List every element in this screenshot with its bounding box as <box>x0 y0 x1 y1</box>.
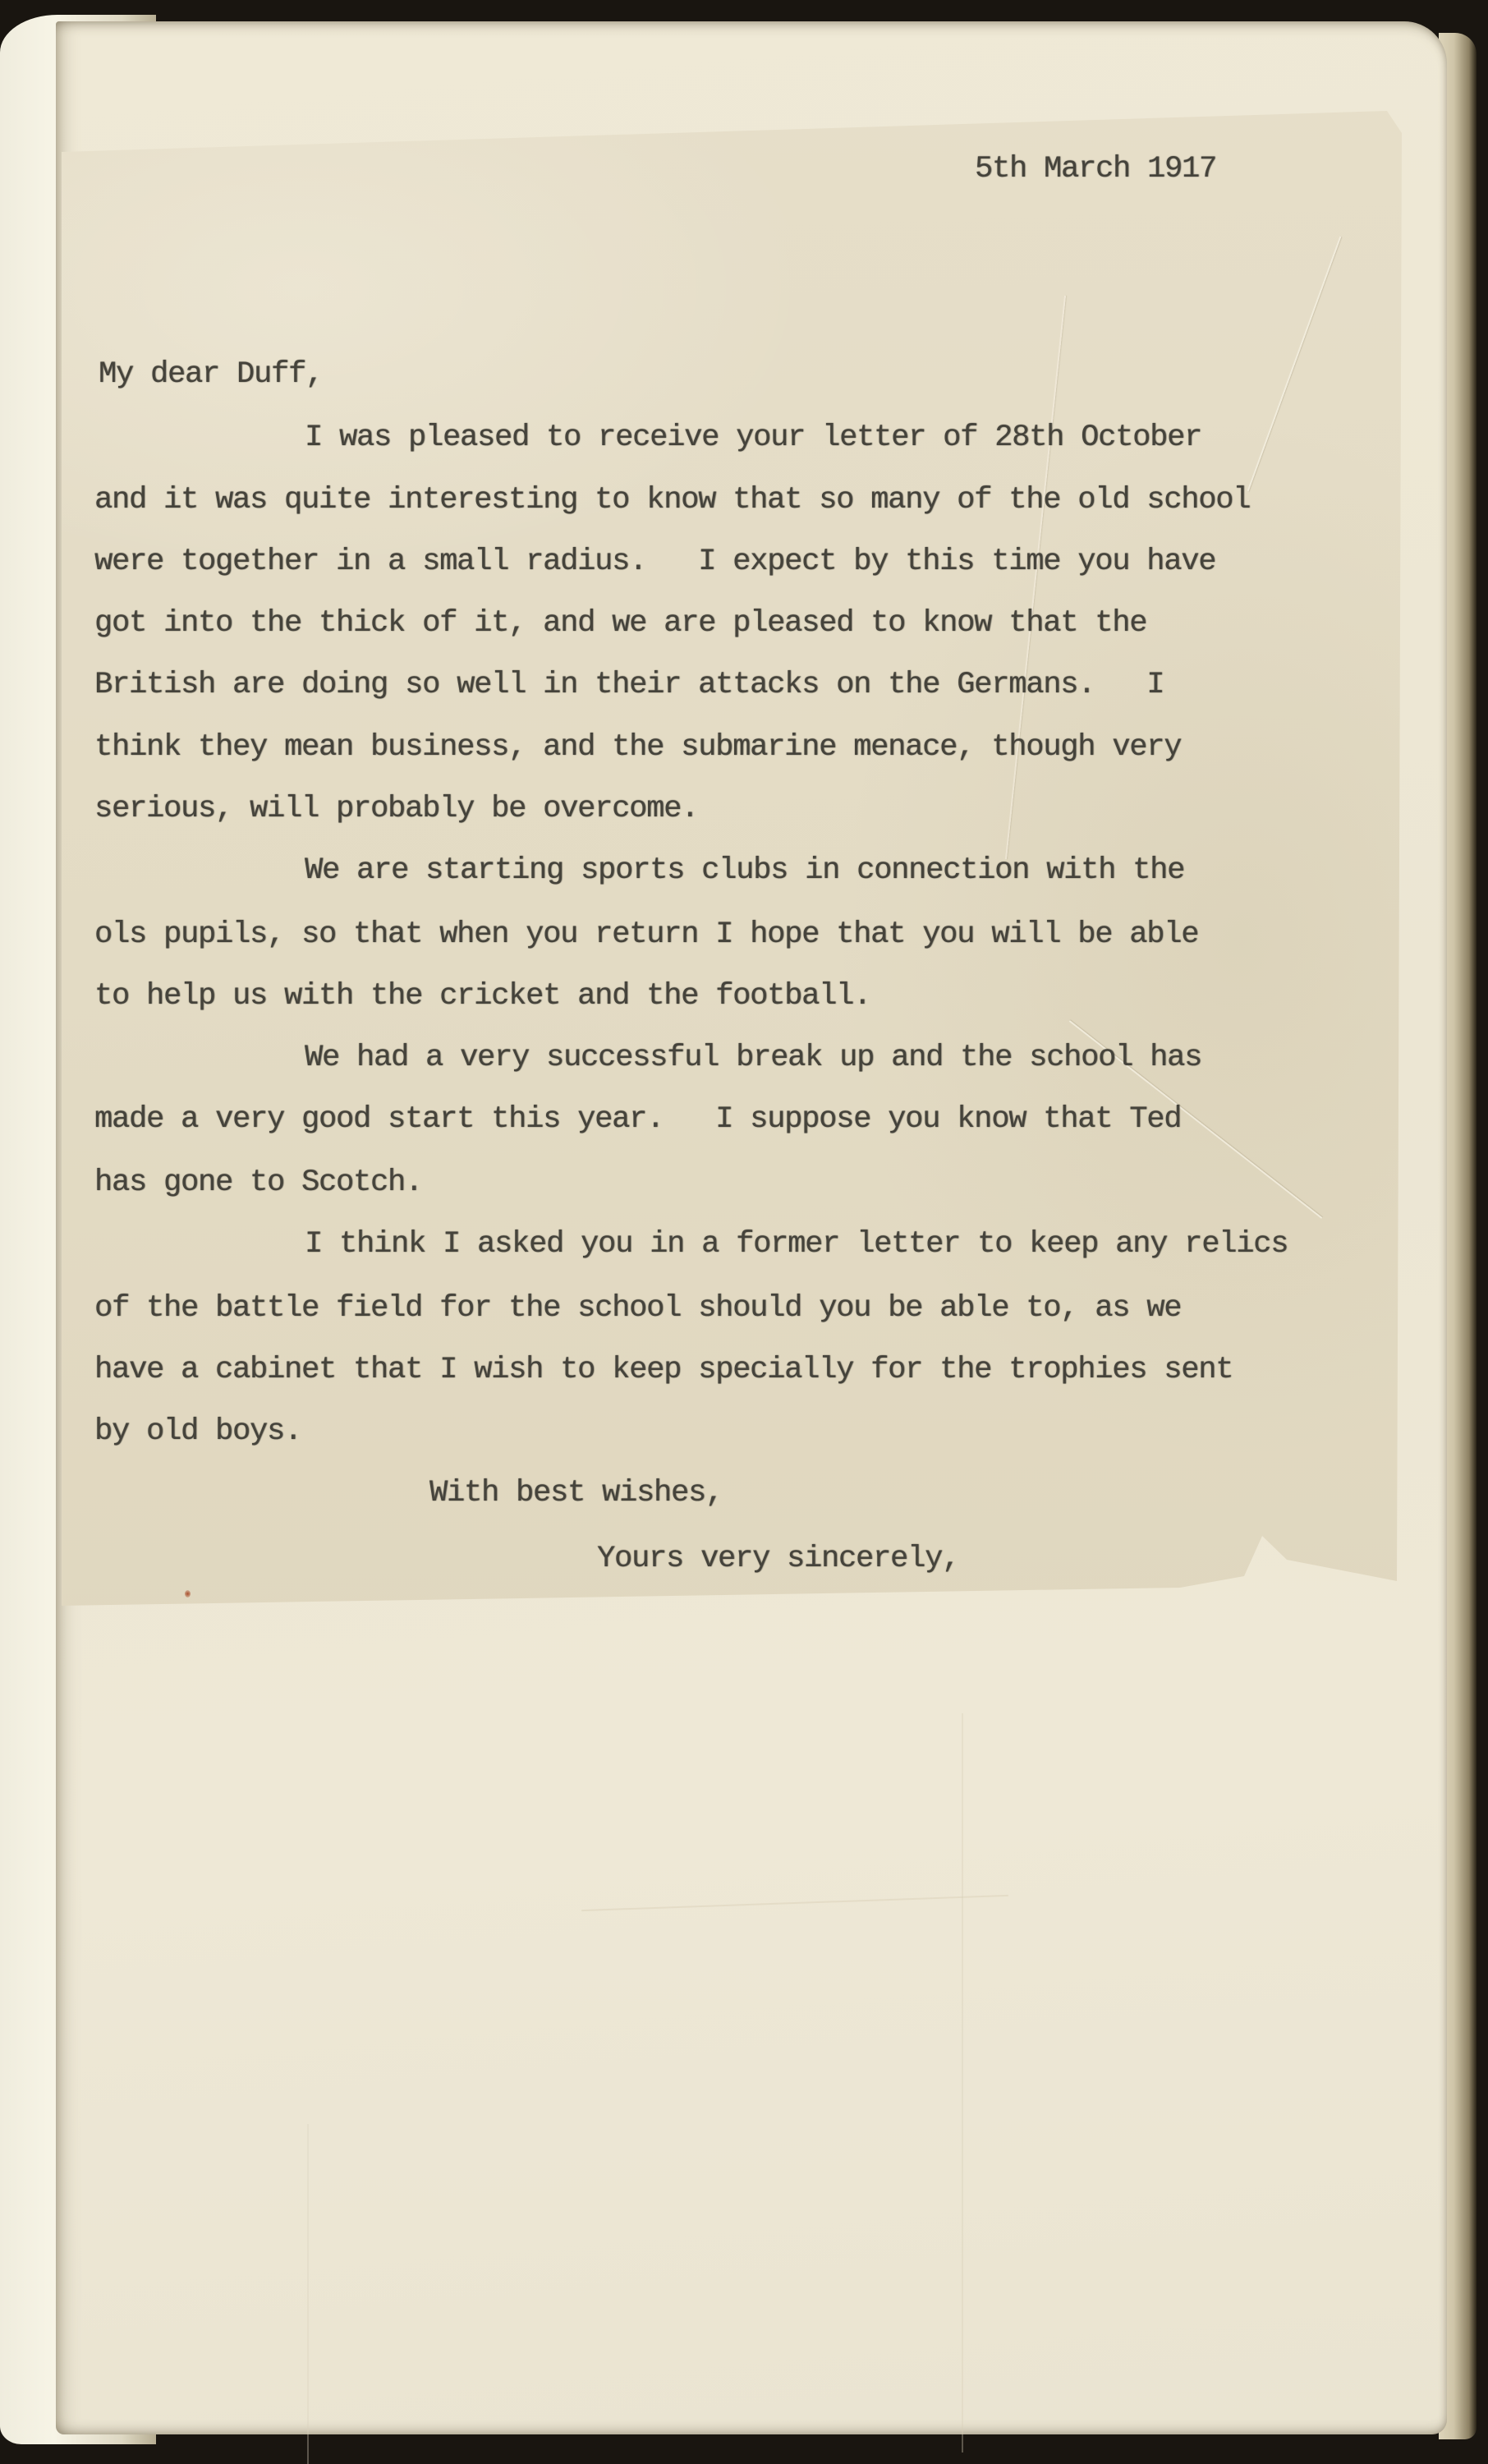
letter-line: made a very good start this year. I supp… <box>94 1102 1181 1137</box>
letter-line: British are doing so well in their attac… <box>94 668 1164 702</box>
letter-line: of the battle field for the school shoul… <box>94 1291 1181 1326</box>
letter-line: I was pleased to receive your letter of … <box>305 421 1201 455</box>
crease-mark <box>307 2124 309 2464</box>
letter-line: got into the thick of it, and we are ple… <box>94 606 1146 641</box>
letter-line: and it was quite interesting to know tha… <box>94 483 1250 517</box>
crease-mark <box>581 1895 1008 1911</box>
letter-salutation: My dear Duff, <box>99 357 323 392</box>
letter-line: have a cabinet that I wish to keep speci… <box>94 1353 1233 1387</box>
crease-mark <box>1247 237 1342 492</box>
letter-line: think they mean business, and the submar… <box>94 730 1181 765</box>
letter-line: has gone to Scotch. <box>94 1165 422 1200</box>
letter-line: We had a very successful break up and th… <box>305 1041 1201 1075</box>
letter-signoff: Yours very sincerely, <box>597 1542 959 1576</box>
letter-line: were together in a small radius. I expec… <box>94 545 1215 579</box>
letter-line: serious, will probably be overcome. <box>94 792 698 826</box>
letter-line: ols pupils, so that when you return I ho… <box>94 917 1198 952</box>
letter-line: to help us with the cricket and the foot… <box>94 979 870 1014</box>
crease-mark <box>962 1713 963 2453</box>
letter-line: We are starting sports clubs in connecti… <box>305 853 1184 888</box>
typed-letter-sheet: 5th March 1917 My dear Duff, I was pleas… <box>62 105 1402 1625</box>
letter-line: I think I asked you in a former letter t… <box>305 1227 1288 1262</box>
letter-line: by old boys. <box>94 1414 301 1449</box>
red-ink-speck <box>185 1590 191 1597</box>
letter-closing: With best wishes, <box>429 1476 723 1510</box>
scanned-letter-screenshot: { "letter": { "date": "5th March 1917", … <box>0 0 1488 2464</box>
letter-date: 5th March 1917 <box>975 152 1216 186</box>
